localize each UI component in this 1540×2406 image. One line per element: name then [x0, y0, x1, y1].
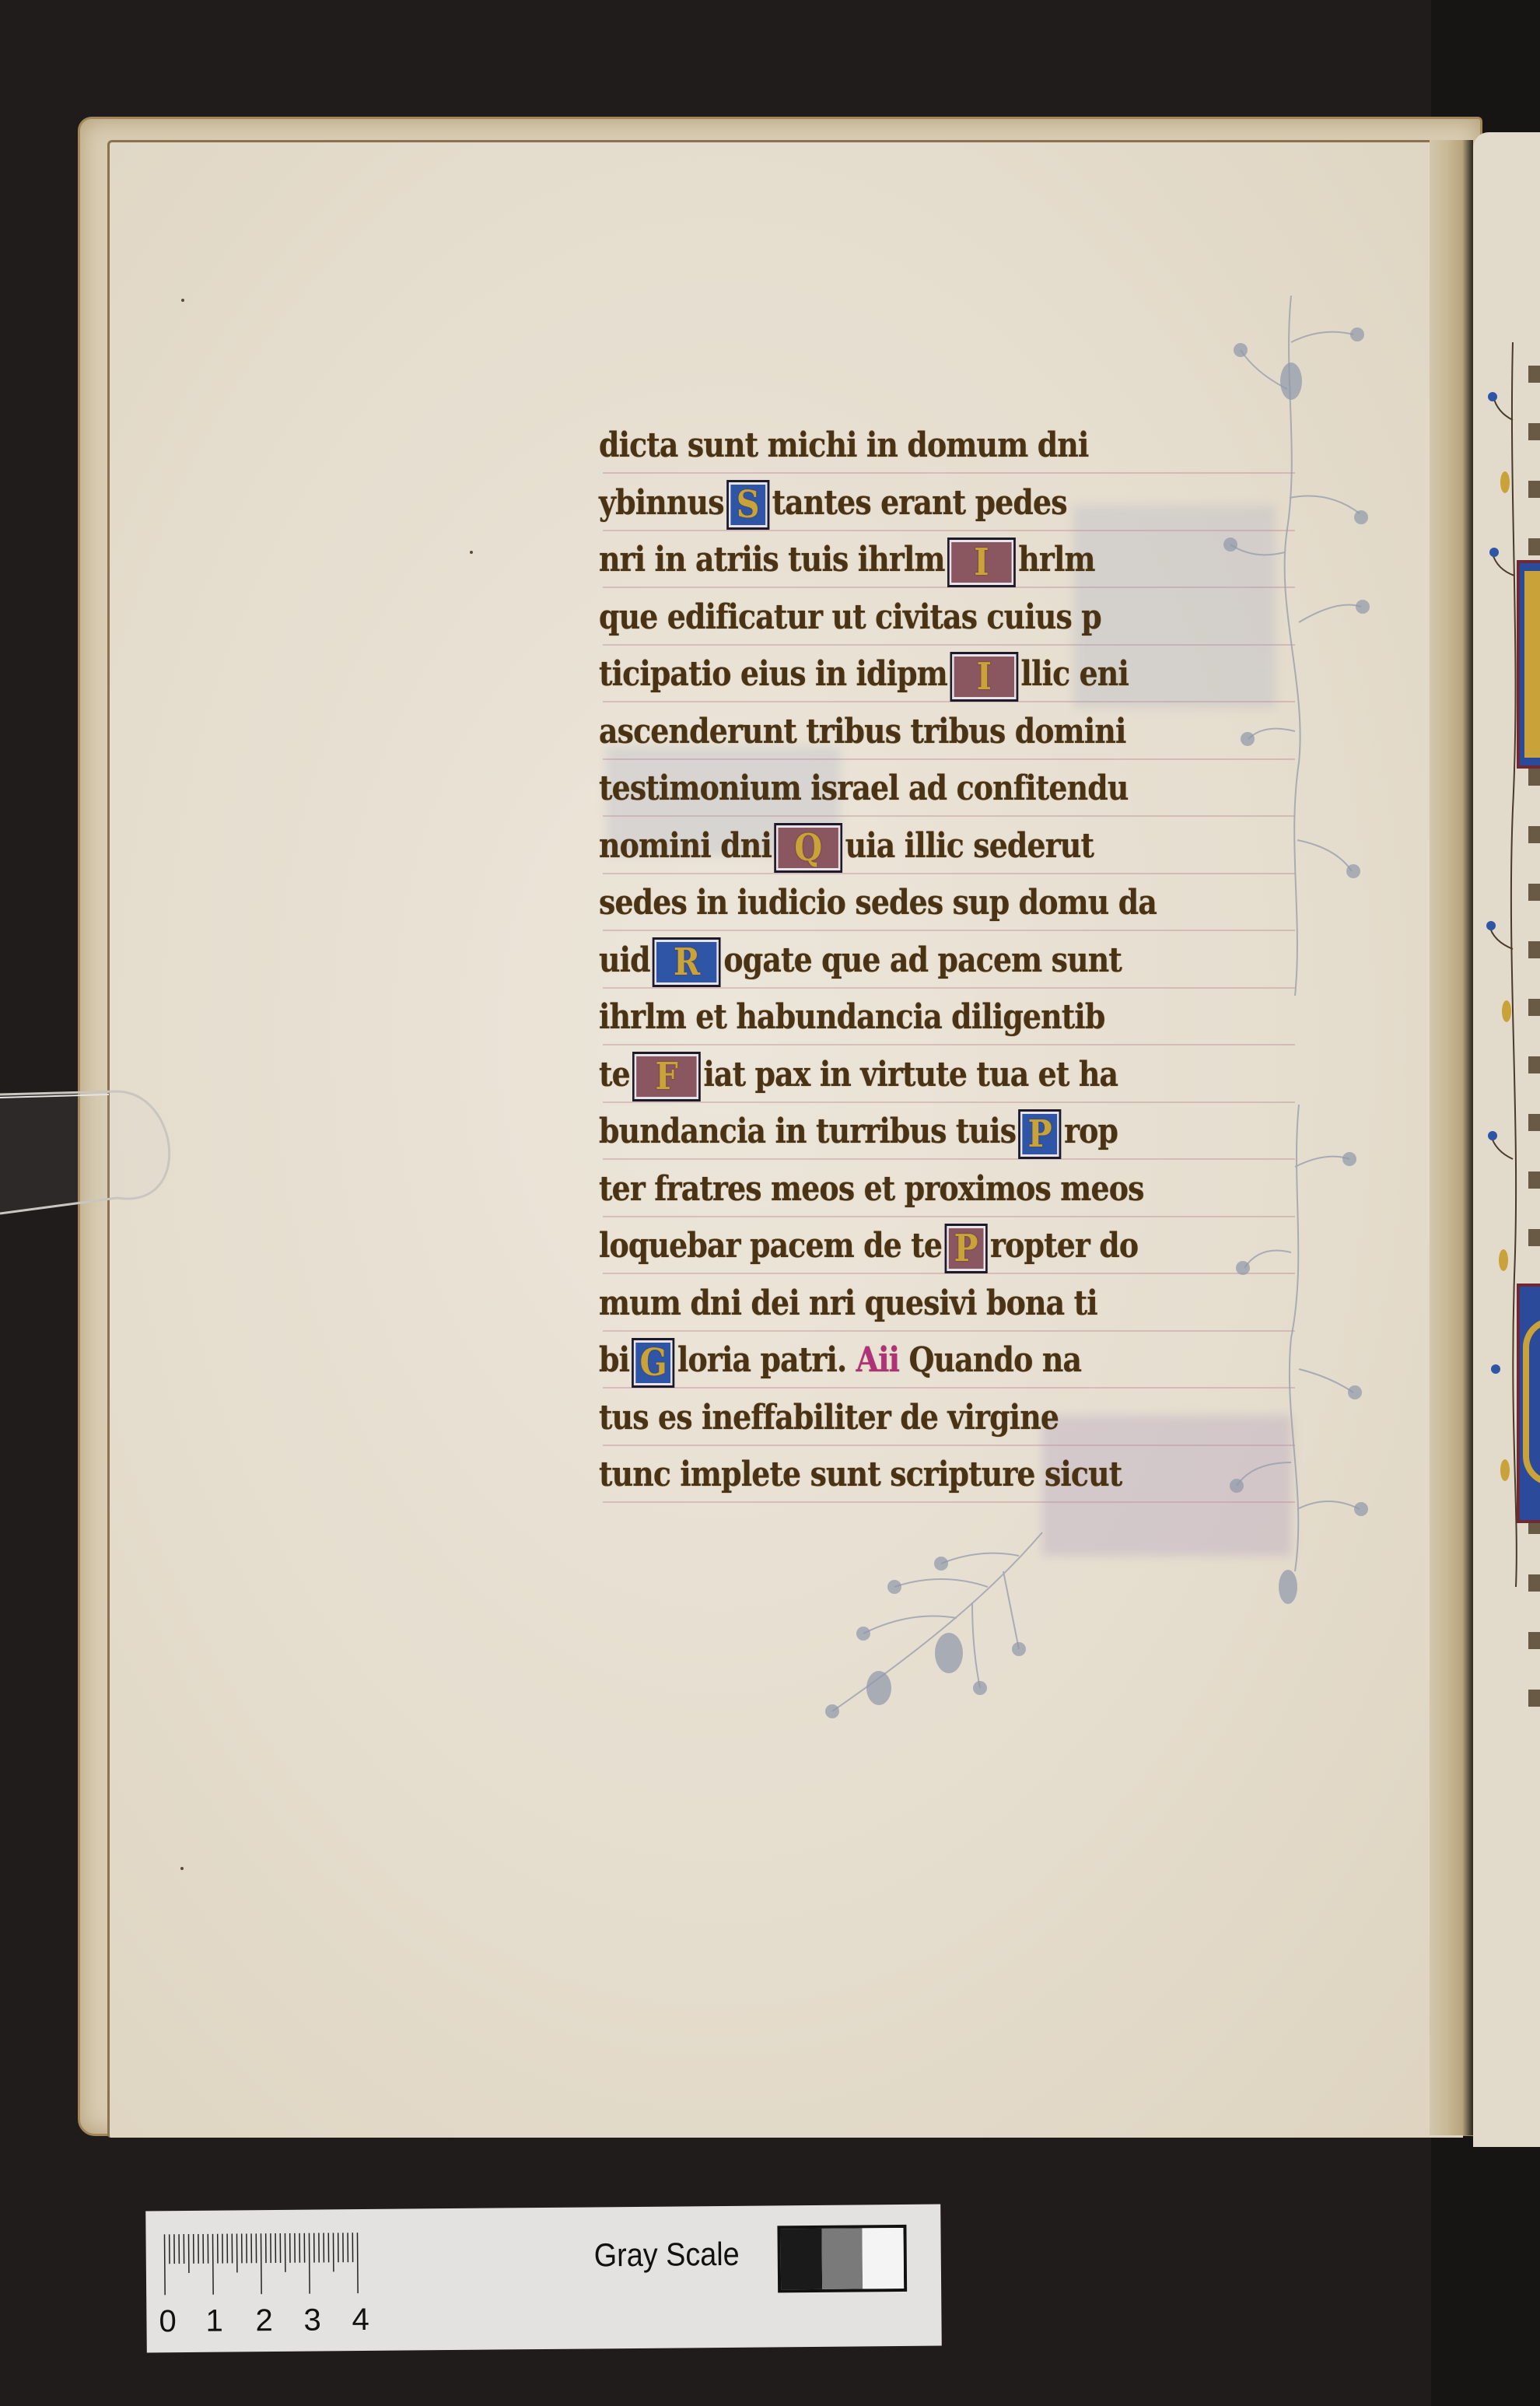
illuminated-initial: I — [947, 538, 1016, 587]
text-block: dicta sunt michi in domum dni ybinnusSta… — [599, 417, 1314, 1504]
text-line-8: nomini dniQuia illic sederut — [599, 818, 1214, 875]
binding-gutter — [1430, 140, 1473, 2135]
text-line-4: que edificatur ut civitas cuius p — [599, 589, 1214, 646]
text-line-content: loria patri. — [677, 1340, 846, 1380]
text-line-content: testimonium israel ad confitendu — [599, 769, 1128, 808]
gray-scale-swatches — [777, 2225, 907, 2292]
text-line-6: ascenderunt tribus tribus domini — [599, 703, 1214, 761]
text-line-13: bundancia in turribus tuisProp — [599, 1103, 1214, 1161]
text-line-10: uidRogate que ad pacem sunt — [599, 932, 1214, 989]
illuminated-initial: P — [1019, 1109, 1062, 1159]
text-line-content: nri in atriis tuis ihrlm — [599, 540, 945, 580]
illuminated-initial: S — [726, 480, 769, 530]
gray-scale-label: Gray Scale — [594, 2236, 740, 2275]
swatch-white — [863, 2228, 904, 2289]
illuminated-initial: G — [632, 1338, 675, 1388]
illuminated-initial: F — [632, 1052, 701, 1101]
text-line-content: ihrlm et habundancia diligentib — [599, 997, 1105, 1037]
illuminated-initial: I — [950, 652, 1018, 702]
text-line-content: llic eni — [1021, 654, 1129, 694]
text-line-content: ropter do — [990, 1226, 1138, 1266]
text-line-content: ter fratres meos et proximos meos — [599, 1169, 1144, 1209]
text-line-content: uia illic sederut — [845, 826, 1094, 866]
ruler-label-1: 1 — [205, 2304, 223, 2339]
ruler-ticks — [163, 2233, 366, 2304]
text-line-content: dicta sunt michi in domum dni — [599, 426, 1088, 465]
text-line-5: ticipatio eius in idipmIllic eni — [599, 646, 1214, 703]
page-holder-clip — [0, 1085, 191, 1225]
ink-speck — [180, 1867, 184, 1870]
text-line-content: uid — [599, 940, 650, 980]
text-line-content: que edificatur ut civitas cuius p — [599, 597, 1101, 637]
text-line-content: mum dni dei nri quesivi bona ti — [599, 1284, 1097, 1323]
ruler-label-2: 2 — [255, 2303, 273, 2338]
illuminated-initial: Q — [774, 823, 842, 873]
text-line-content: bundancia in turribus tuis — [599, 1112, 1016, 1151]
facing-page-border-filigree — [1482, 342, 1540, 1587]
text-line-content: ticipatio eius in idipm — [599, 654, 947, 694]
text-line-14: ter fratres meos et proximos meos — [599, 1161, 1214, 1218]
text-line-content: tantes erant pedes — [772, 483, 1067, 523]
text-line-15: loquebar pacem de tePropter do — [599, 1217, 1214, 1275]
text-line-9: sedes in iudicio sedes sup domu da — [599, 874, 1214, 932]
text-line-content: ascenderunt tribus tribus domini — [599, 712, 1126, 751]
scale-card: 0 1 2 3 4 Gray Scale — [145, 2205, 942, 2353]
rubric-antiphon: Aii — [856, 1340, 900, 1380]
text-line-17: biGloria patri. Aii Quando na — [599, 1332, 1214, 1389]
text-line-content: te — [599, 1055, 630, 1094]
text-line-content: hrlm — [1018, 540, 1094, 580]
text-line-content: sedes in iudicio sedes sup domu da — [599, 883, 1157, 923]
text-line-19: tunc implete sunt scripture sicut — [599, 1446, 1214, 1504]
illuminated-initial: R — [653, 937, 721, 987]
ink-speck — [470, 551, 473, 554]
text-line-3: nri in atriis tuis ihrlmIhrlm — [599, 531, 1214, 589]
text-line-1: dicta sunt michi in domum dni — [599, 417, 1214, 475]
ink-speck — [181, 299, 184, 302]
text-line-content: tunc implete sunt scripture sicut — [599, 1455, 1122, 1494]
text-line-7: testimonium israel ad confitendu — [599, 760, 1214, 818]
text-line-content: ogate que ad pacem sunt — [723, 940, 1122, 980]
text-line-2: ybinnusStantes erant pedes — [599, 475, 1214, 532]
text-line-content: nomini dni — [599, 826, 772, 866]
text-line-16: mum dni dei nri quesivi bona ti — [599, 1275, 1214, 1333]
text-line-content: rop — [1064, 1112, 1118, 1151]
ruler-label-4: 4 — [352, 2303, 369, 2338]
text-line-content: loquebar pacem de te — [599, 1226, 942, 1266]
text-line-11: ihrlm et habundancia diligentib — [599, 989, 1214, 1046]
ruler-label-3: 3 — [303, 2303, 321, 2338]
text-line-content: Quando na — [908, 1340, 1081, 1380]
text-line-12: teFiat pax in virtute tua et ha — [599, 1046, 1214, 1104]
text-line-content: bi — [599, 1340, 629, 1380]
swatch-gray — [821, 2228, 863, 2289]
text-line-18: tus es ineffabiliter de virgine — [599, 1389, 1214, 1447]
illuminated-initial: P — [945, 1224, 988, 1273]
swatch-black — [780, 2229, 821, 2289]
text-line-content: tus es ineffabiliter de virgine — [599, 1398, 1059, 1438]
text-line-content: iat pax in virtute tua et ha — [703, 1055, 1118, 1094]
ruler-label-0: 0 — [159, 2304, 177, 2339]
text-line-content: ybinnus — [599, 483, 724, 523]
